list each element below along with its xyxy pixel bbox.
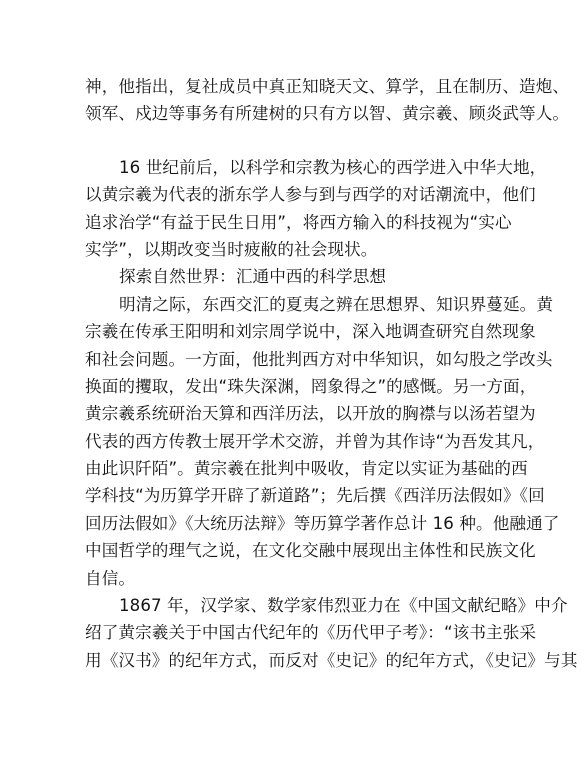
text-line: 领军、戍边等事务有所建树的只有方以智、黄宗羲、顾炎武等人。 <box>85 100 509 127</box>
text-line: 以黄宗羲为代表的浙东学人参与到与西学的对话潮流中，他们 <box>85 181 509 208</box>
text-line: 黄宗羲系统研治天算和西洋历法，以开放的胸襟与以汤若望为 <box>85 400 509 427</box>
paragraph-continued: 神，他指出，复社成员中真正知晓天文、算学，且在制历、造炮、 领军、戍边等事务有所… <box>85 73 509 128</box>
text-line: 实学”，以期改变当时疲敝的社会现状。 <box>85 236 509 263</box>
text-line: 宗羲在传承王阳明和刘宗周学说中，深入地调查研究自然现象 <box>85 318 509 345</box>
document-page: 神，他指出，复社成员中真正知晓天文、算学，且在制历、造炮、 领军、戍边等事务有所… <box>85 73 509 674</box>
paragraph-science: 明清之际，东西交汇的夏夷之辨在思想界、知识界蔓延。黄 宗羲在传承王阳明和刘宗周学… <box>85 291 509 592</box>
paragraph-west-learning: 16 世纪前后，以科学和宗教为核心的西学进入中华大地， 以黄宗羲为代表的浙东学人… <box>85 154 509 264</box>
text-line: 追求治学“有益于民生日用”，将西方输入的科技视为“实心 <box>85 209 509 236</box>
paragraph-1867: 1867 年，汉学家、数学家伟烈亚力在《中国文献纪略》中介 绍了黄宗羲关于中国古… <box>85 592 509 674</box>
paragraph-gap <box>85 128 509 154</box>
text-line: 学科技“为历算学开辟了新道路”；先后撰《西洋历法假如》《回 <box>85 482 509 509</box>
text-line: 由此识阡陌”。黄宗羲在批判中吸收，肯定以实证为基础的西 <box>85 455 509 482</box>
text-line: 16 世纪前后，以科学和宗教为核心的西学进入中华大地， <box>85 154 509 181</box>
text-line: 自信。 <box>85 565 509 592</box>
text-line: 中国哲学的理气之说，在文化交融中展现出主体性和民族文化 <box>85 537 509 564</box>
text-line: 用《汉书》的纪年方式，而反对《史记》的纪年方式，《史记》与其 <box>85 647 509 674</box>
text-line: 代表的西方传教士展开学术交游，并曾为其作诗“为吾发其凡， <box>85 428 509 455</box>
text-line: 明清之际，东西交汇的夏夷之辨在思想界、知识界蔓延。黄 <box>85 291 509 318</box>
text-line: 绍了黄宗羲关于中国古代纪年的《历代甲子考》：“该书主张采 <box>85 619 509 646</box>
text-line: 回历法假如》《大统历法辩》等历算学著作总计 16 种。他融通了 <box>85 510 509 537</box>
text-line: 神，他指出，复社成员中真正知晓天文、算学，且在制历、造炮、 <box>85 73 509 100</box>
text-line: 1867 年，汉学家、数学家伟烈亚力在《中国文献纪略》中介 <box>85 592 509 619</box>
section-heading: 探索自然世界：汇通中西的科学思想 <box>85 263 509 290</box>
text-line: 和社会问题。一方面，他批判西方对中华知识，如勾股之学改头 <box>85 346 509 373</box>
text-line: 换面的攫取，发出“珠失深渊，罔象得之”的感慨。另一方面， <box>85 373 509 400</box>
